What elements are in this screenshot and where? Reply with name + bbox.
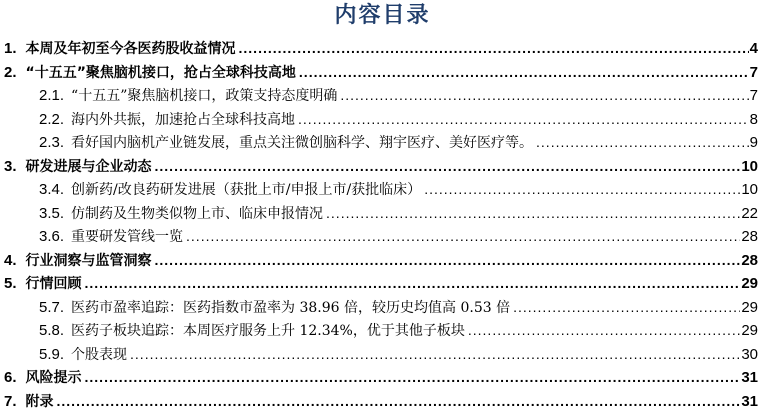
toc-entry-7[interactable]: 7. 附录 31 bbox=[0, 390, 758, 410]
toc-entry-3[interactable]: 3. 研发进展与企业动态 10 bbox=[0, 155, 758, 179]
dot-leader bbox=[298, 108, 749, 132]
toc-entry-label[interactable]: 附录 bbox=[26, 391, 54, 410]
toc-entry-label[interactable]: “十五五”聚焦脑机接口，政策支持态度明确 bbox=[71, 85, 337, 109]
toc-entry-4[interactable]: 4. 行业洞察与监管洞察 28 bbox=[0, 249, 758, 273]
toc-entry-page[interactable]: 9 bbox=[750, 131, 758, 155]
toc-entry-page[interactable]: 7 bbox=[750, 84, 758, 108]
dot-leader bbox=[424, 178, 740, 202]
toc-entry-6[interactable]: 6. 风险提示 31 bbox=[0, 366, 758, 390]
toc-entry-label[interactable]: 行业洞察与监管洞察 bbox=[26, 250, 152, 274]
toc-entry-number: 3.6. bbox=[39, 225, 64, 249]
dot-leader bbox=[326, 202, 740, 226]
toc-entry-5-7[interactable]: 5.7. 医药市盈率追踪：医药指数市盈率为 38.96 倍，较历史均值高 0.5… bbox=[0, 296, 758, 320]
toc-entry-page[interactable]: 29 bbox=[741, 296, 758, 320]
dot-leader bbox=[57, 390, 741, 410]
toc-entry-5-8[interactable]: 5.8. 医药子板块追踪：本周医疗服务上升 12.34%，优于其他子板块 29 bbox=[0, 319, 758, 343]
toc-entry-1[interactable]: 1. 本周及年初至今各医药股收益情况 4 bbox=[0, 37, 758, 61]
toc-entry-page[interactable]: 29 bbox=[741, 272, 758, 296]
toc-entry-number: 5.7. bbox=[39, 296, 64, 320]
dot-leader bbox=[536, 131, 749, 155]
dot-leader bbox=[299, 61, 749, 85]
toc-entry-label[interactable]: 重要研发管线一览 bbox=[71, 226, 183, 250]
toc-entry-number: 2. bbox=[4, 61, 17, 85]
toc-entry-2-3[interactable]: 2.3. 看好国内脑机产业链发展，重点关注微创脑科学、翔宇医疗、美好医疗等。 9 bbox=[0, 131, 758, 155]
toc-entry-page[interactable]: 10 bbox=[741, 178, 758, 202]
toc-entry-label[interactable]: 看好国内脑机产业链发展，重点关注微创脑科学、翔宇医疗、美好医疗等。 bbox=[71, 132, 533, 156]
dot-leader bbox=[85, 272, 741, 296]
toc-entry-page[interactable]: 29 bbox=[741, 319, 758, 343]
toc-entry-page[interactable]: 7 bbox=[750, 61, 758, 85]
toc-entry-5-9[interactable]: 5.9. 个股表现 30 bbox=[0, 343, 758, 367]
toc-entry-page[interactable]: 10 bbox=[741, 155, 758, 179]
dot-leader bbox=[85, 366, 741, 390]
dot-leader bbox=[513, 296, 740, 320]
toc-entry-page[interactable]: 31 bbox=[741, 366, 758, 390]
toc-entry-label[interactable]: 医药市盈率追踪：医药指数市盈率为 38.96 倍，较历史均值高 0.53 倍 bbox=[71, 297, 510, 321]
toc-entry-number: 2.1. bbox=[39, 84, 64, 108]
toc-entry-label[interactable]: “十五五”聚焦脑机接口，抢占全球科技高地 bbox=[26, 62, 296, 86]
toc-entry-label[interactable]: 创新药/改良药研发进展（获批上市/申报上市/获批临床） bbox=[71, 179, 421, 203]
toc-entry-2[interactable]: 2. “十五五”聚焦脑机接口，抢占全球科技高地 7 bbox=[0, 61, 758, 85]
toc-entry-number: 2.2. bbox=[39, 108, 64, 132]
toc-entry-page[interactable]: 4 bbox=[750, 37, 758, 61]
toc-entry-2-2[interactable]: 2.2. 海内外共振，加速抢占全球科技高地 8 bbox=[0, 108, 758, 132]
toc-entry-3-6[interactable]: 3.6. 重要研发管线一览 28 bbox=[0, 225, 758, 249]
dot-leader bbox=[239, 37, 749, 61]
toc-entry-page[interactable]: 30 bbox=[741, 343, 758, 367]
toc-entry-page[interactable]: 8 bbox=[750, 108, 758, 132]
toc-entry-label[interactable]: 风险提示 bbox=[26, 367, 82, 391]
toc-entry-page[interactable]: 22 bbox=[741, 202, 758, 226]
toc-title: 内容目录 bbox=[0, 2, 765, 30]
dot-leader bbox=[130, 343, 740, 367]
toc-entry-label[interactable]: 海内外共振，加速抢占全球科技高地 bbox=[71, 109, 295, 133]
toc-entry-number: 2.3. bbox=[39, 131, 64, 155]
toc-entry-page[interactable]: 28 bbox=[741, 225, 758, 249]
toc-entry-number: 5.9. bbox=[39, 343, 64, 367]
dot-leader bbox=[155, 249, 741, 273]
toc-entry-number: 4. bbox=[4, 249, 17, 273]
dot-leader bbox=[468, 319, 740, 343]
toc-entry-3-5[interactable]: 3.5. 仿制药及生物类似物上市、临床申报情况 22 bbox=[0, 202, 758, 226]
toc-entry-label[interactable]: 本周及年初至今各医药股收益情况 bbox=[26, 38, 236, 62]
toc-entry-label[interactable]: 研发进展与企业动态 bbox=[26, 156, 152, 180]
toc-entry-label[interactable]: 行情回顾 bbox=[26, 273, 82, 297]
dot-leader bbox=[186, 225, 740, 249]
toc-entry-page[interactable]: 31 bbox=[741, 390, 758, 410]
toc-entry-5[interactable]: 5. 行情回顾 29 bbox=[0, 272, 758, 296]
toc-entry-label[interactable]: 个股表现 bbox=[71, 344, 127, 368]
toc-entry-number: 6. bbox=[4, 366, 17, 390]
toc-entry-3-4[interactable]: 3.4. 创新药/改良药研发进展（获批上市/申报上市/获批临床） 10 bbox=[0, 178, 758, 202]
toc-entry-label[interactable]: 医药子板块追踪：本周医疗服务上升 12.34%，优于其他子板块 bbox=[71, 320, 465, 344]
toc-entry-page[interactable]: 28 bbox=[741, 249, 758, 273]
toc-entry-number: 5.8. bbox=[39, 319, 64, 343]
toc-entry-number: 3. bbox=[4, 155, 17, 179]
toc-entry-number: 1. bbox=[4, 37, 17, 61]
dot-leader bbox=[340, 84, 748, 108]
toc-entry-number: 3.5. bbox=[39, 202, 64, 226]
table-of-contents: 1. 本周及年初至今各医药股收益情况 4 2. “十五五”聚焦脑机接口，抢占全球… bbox=[0, 37, 758, 410]
toc-entry-2-1[interactable]: 2.1. “十五五”聚焦脑机接口，政策支持态度明确 7 bbox=[0, 84, 758, 108]
toc-entry-number: 5. bbox=[4, 272, 17, 296]
toc-entry-label[interactable]: 仿制药及生物类似物上市、临床申报情况 bbox=[71, 203, 323, 227]
toc-entry-number: 3.4. bbox=[39, 178, 64, 202]
toc-entry-number: 7. bbox=[4, 390, 17, 410]
dot-leader bbox=[155, 155, 741, 179]
